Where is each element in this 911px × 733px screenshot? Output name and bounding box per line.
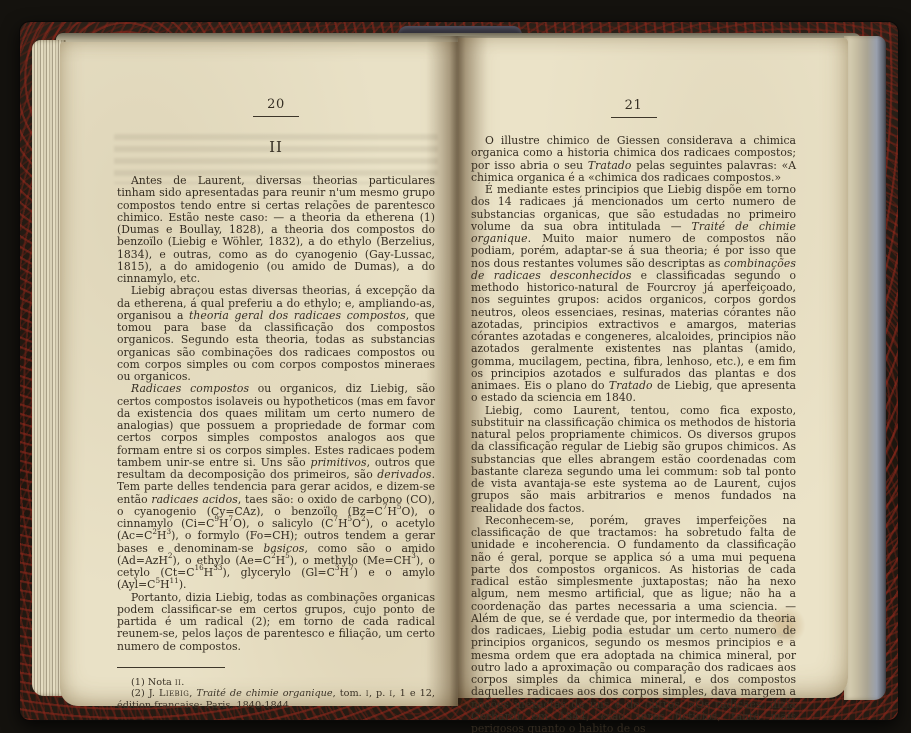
footnote: (2) J. Liebig, Traité de chimie organiqu… xyxy=(117,688,435,711)
paragraph: Reconhecem-se, porém, graves imperfeiçõe… xyxy=(471,515,796,733)
page-edges-right xyxy=(844,36,886,700)
page-number-right: 21 xyxy=(471,98,796,113)
right-page: 21 O illustre chimico de Giessen conside… xyxy=(458,38,848,698)
paragraph: É mediante estes principios que Liebig d… xyxy=(471,184,796,405)
page-number-rule-right xyxy=(611,117,657,118)
book-photo: 20 II Antes de Laurent, diversas theoria… xyxy=(0,0,911,733)
page-number-rule-left xyxy=(253,116,299,117)
paragraph: Portanto, dizia Liebig, todas as combina… xyxy=(117,592,435,653)
right-page-text: O illustre chimico de Giessen considerav… xyxy=(471,135,796,733)
footnote-separator xyxy=(117,667,225,668)
paragraph: Liebig, como Laurent, tentou, como fica … xyxy=(471,405,796,515)
paragraph: O illustre chimico de Giessen considerav… xyxy=(471,135,796,184)
paragraph: Radicaes compostos ou organicos, diz Lie… xyxy=(117,383,435,591)
left-page-text: Antes de Laurent, diversas theorias part… xyxy=(117,175,435,653)
paragraph: Liebig abraçou estas diversas theorias, … xyxy=(117,285,435,383)
left-page: 20 II Antes de Laurent, diversas theoria… xyxy=(60,42,458,706)
page-number-left: 20 xyxy=(117,97,435,112)
section-heading: II xyxy=(117,138,435,156)
footnotes: (1) Nota ii. (2) J. Liebig, Traité de ch… xyxy=(117,677,435,712)
footnote: (1) Nota ii. xyxy=(117,677,435,689)
paragraph: Antes de Laurent, diversas theorias part… xyxy=(117,175,435,285)
